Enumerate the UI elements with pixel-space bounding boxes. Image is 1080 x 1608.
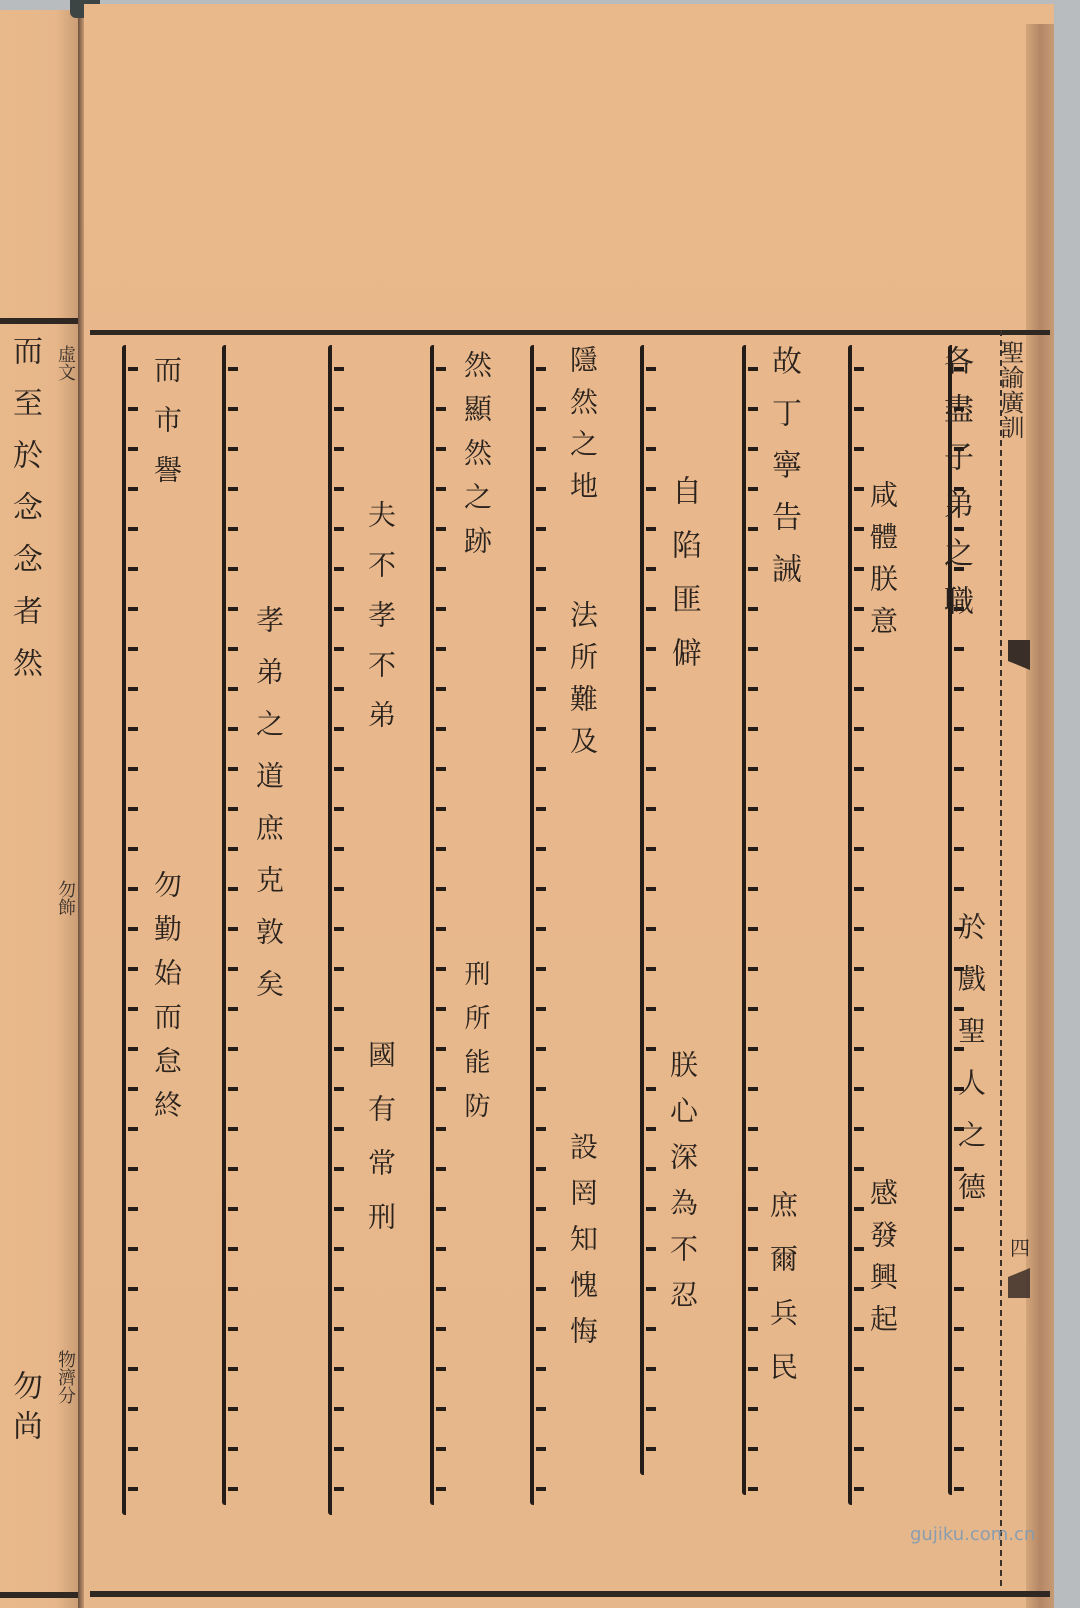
chinese-column-5c: 設罔知愧悔 xyxy=(568,1132,596,1362)
manchu-column xyxy=(430,345,450,1505)
chinese-column-1: 各盡子弟之職 xyxy=(940,345,970,633)
chinese-column-1b: 於戲聖人之德 xyxy=(956,912,984,1224)
manchu-column xyxy=(122,345,142,1515)
chinese-column-3b: 庶爾兵民 xyxy=(768,1190,796,1406)
manchu-column xyxy=(530,345,550,1505)
manchu-column xyxy=(640,345,660,1475)
manchu-column xyxy=(742,345,762,1495)
previous-page-text: 而至於念念者然 xyxy=(2,335,46,699)
chinese-column-6b: 刑所能防 xyxy=(462,960,488,1136)
chinese-column-5b: 法所難及 xyxy=(568,600,596,768)
previous-page-annotation: 物濟分 xyxy=(52,1350,78,1404)
chinese-column-7b: 國有常刑 xyxy=(366,1040,394,1256)
chinese-column-5: 隱然之地 xyxy=(568,345,596,513)
previous-page-bottom-text: 勿尚 xyxy=(2,1370,46,1450)
chinese-column-2b: 感發興起 xyxy=(868,1178,896,1346)
watermark: gujiku.com.cn xyxy=(910,1524,1035,1545)
banxin-title: 聖諭廣訓 xyxy=(1002,340,1028,440)
chinese-column-9: 而市譽 xyxy=(152,355,180,505)
manchu-column xyxy=(848,345,868,1505)
manchu-column xyxy=(328,345,348,1515)
previous-page-annotation: 勿飾 xyxy=(52,880,78,916)
chinese-column-9b: 勿勤始而怠終 xyxy=(152,870,180,1134)
previous-page-annotation: 虛文 xyxy=(52,345,78,381)
chinese-column-2: 咸體朕意 xyxy=(868,480,896,648)
chinese-column-8: 孝弟之道庶克敦矣 xyxy=(254,605,282,1021)
chinese-column-3: 故丁寧告誡 xyxy=(768,345,798,605)
page-number: 四 xyxy=(1010,1232,1030,1261)
chinese-column-6: 然顯然之跡 xyxy=(462,350,490,570)
chinese-column-4: 自陷匪僻 xyxy=(668,475,698,691)
chinese-column-4b: 朕心深為不忍 xyxy=(668,1050,696,1326)
manchu-column xyxy=(222,345,242,1505)
banxin-center-column xyxy=(1000,330,1032,1586)
chinese-column-7: 夫不孝不弟 xyxy=(366,500,394,750)
